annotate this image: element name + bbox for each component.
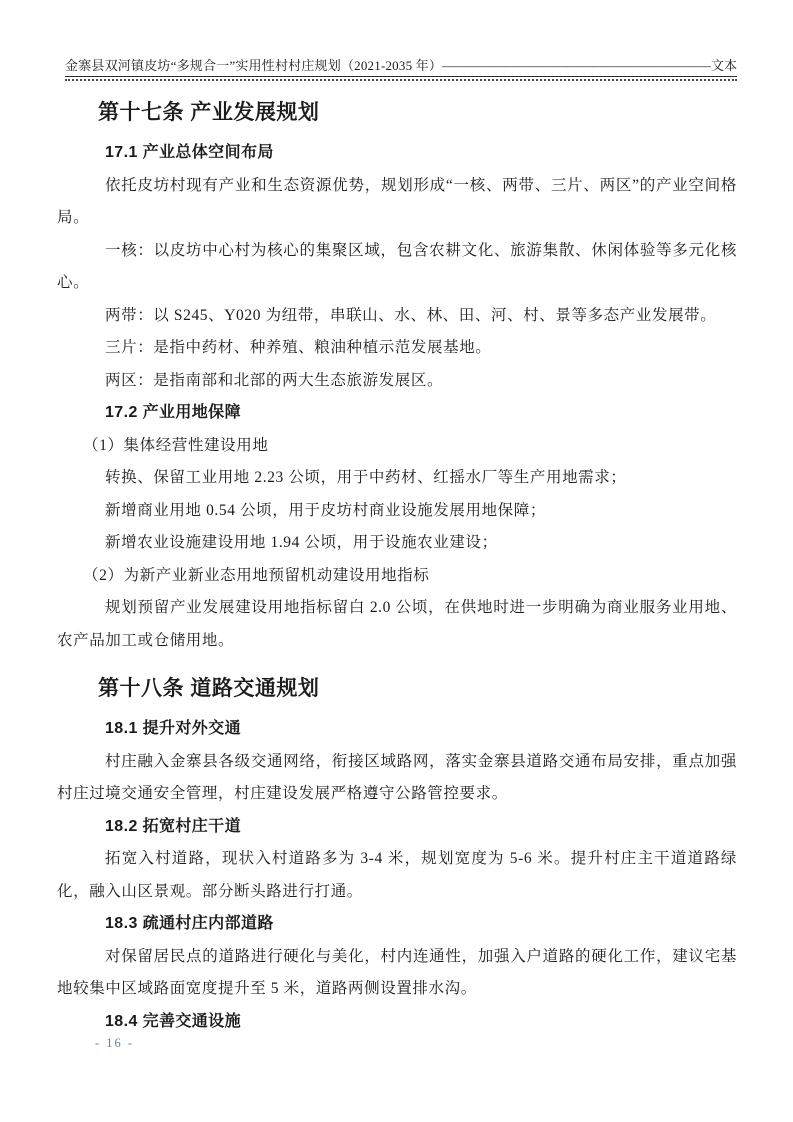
paragraph: 规划预留产业发展建设用地指标留白 2.0 公顷，在供地时进一步明确为商业服务业用… bbox=[57, 592, 737, 657]
page-header: 金寨县双河镇皮坊“多规合一”实用性村村庄规划（2021-2035 年） ————… bbox=[0, 0, 793, 81]
paragraph: 依托皮坊村现有产业和生态资源优势，规划形成“一核、两带、三片、两区”的产业空间格… bbox=[57, 170, 737, 235]
numbered-lead-paragraph: （2）为新产业新业态用地预留机动建设用地指标 bbox=[57, 560, 737, 593]
paragraph: 新增商业用地 0.54 公顷，用于皮坊村商业设施发展用地保障； bbox=[57, 495, 737, 528]
paragraph: 拓宽入村道路，现状入村道路多为 3-4 米，规划宽度为 5-6 米。提升村庄主干… bbox=[57, 843, 737, 908]
subsection-17-1-heading: 17.1 产业总体空间布局 bbox=[57, 137, 737, 170]
document-page: 金寨县双河镇皮坊“多规合一”实用性村村庄规划（2021-2035 年） ————… bbox=[0, 0, 793, 1122]
subsection-17-2-heading: 17.2 产业用地保障 bbox=[57, 397, 737, 430]
header-dash-fill: ——————————————————————————————————— bbox=[442, 57, 711, 74]
header-doc-type-label: 文本 bbox=[711, 57, 737, 74]
subsection-18-3-heading: 18.3 疏通村庄内部道路 bbox=[57, 908, 737, 941]
section-18-heading: 第十八条 道路交通规划 bbox=[57, 675, 737, 703]
header-rule bbox=[65, 77, 737, 81]
paragraph: 村庄融入金寨县各级交通网络，衔接区域路网，落实金寨县道路交通布局安排，重点加强村… bbox=[57, 746, 737, 811]
paragraph: 两带：以 S245、Y020 为纽带，串联山、水、林、田、河、村、景等多态产业发… bbox=[57, 300, 737, 333]
header-title: 金寨县双河镇皮坊“多规合一”实用性村村庄规划（2021-2035 年） bbox=[65, 57, 442, 74]
subsection-18-2-heading: 18.2 拓宽村庄干道 bbox=[57, 811, 737, 844]
paragraph: 对保留居民点的道路进行硬化与美化，村内连通性，加强入户道路的硬化工作，建议宅基地… bbox=[57, 941, 737, 1006]
paragraph: 两区：是指南部和北部的两大生态旅游发展区。 bbox=[57, 365, 737, 398]
page-number: - 16 - bbox=[95, 1036, 134, 1051]
section-17-heading: 第十七条 产业发展规划 bbox=[57, 99, 737, 127]
paragraph: 新增农业设施建设用地 1.94 公顷，用于设施农业建设； bbox=[57, 527, 737, 560]
header-line: 金寨县双河镇皮坊“多规合一”实用性村村庄规划（2021-2035 年） ————… bbox=[65, 57, 737, 77]
subsection-18-4-heading: 18.4 完善交通设施 bbox=[57, 1006, 737, 1039]
paragraph: 一核：以皮坊中心村为核心的集聚区域，包含农耕文化、旅游集散、休闲体验等多元化核心… bbox=[57, 235, 737, 300]
paragraph: 转换、保留工业用地 2.23 公顷，用于中药材、红摇水厂等生产用地需求； bbox=[57, 462, 737, 495]
subsection-18-1-heading: 18.1 提升对外交通 bbox=[57, 713, 737, 746]
document-body: 第十七条 产业发展规划 17.1 产业总体空间布局 依托皮坊村现有产业和生态资源… bbox=[0, 99, 793, 1038]
numbered-lead-paragraph: （1）集体经营性建设用地 bbox=[57, 430, 737, 463]
paragraph: 三片：是指中药材、种养殖、粮油种植示范发展基地。 bbox=[57, 332, 737, 365]
